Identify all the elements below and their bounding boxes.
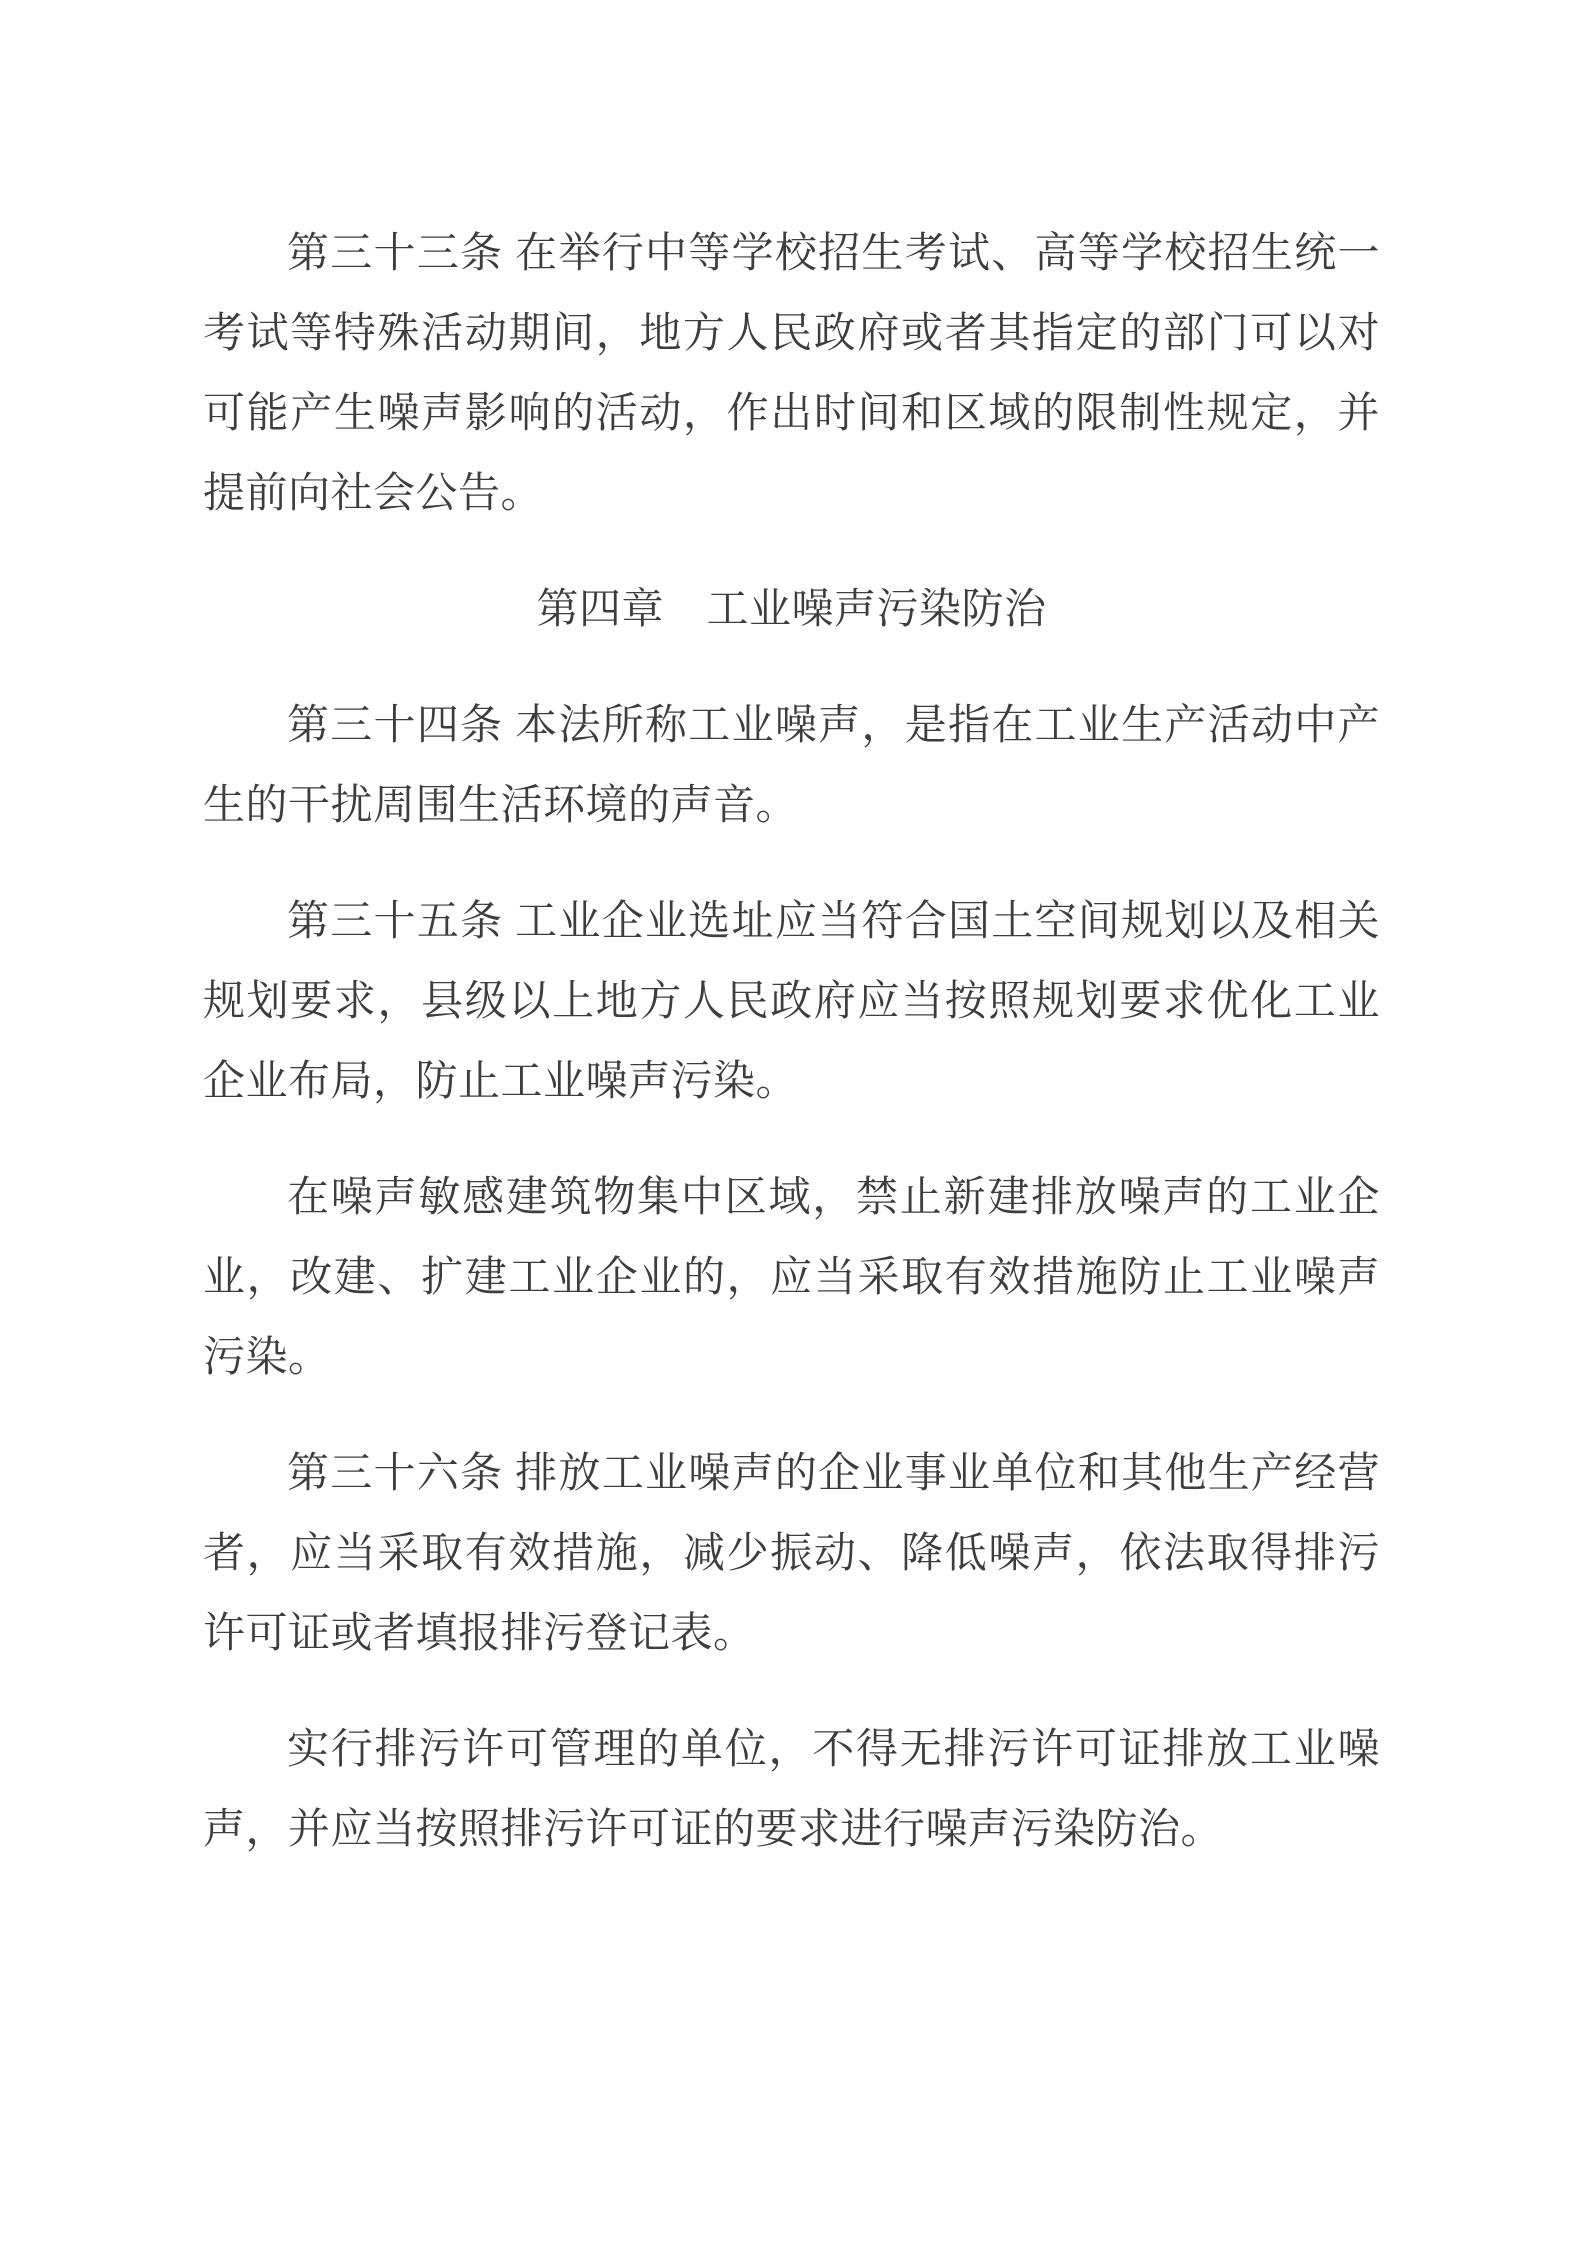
article-35-paragraph-1: 第三十五条 工业企业选址应当符合国土空间规划以及相关规划要求，县级以上地方人民政… <box>203 882 1380 1122</box>
article-35-paragraph-2: 在噪声敏感建筑物集中区域，禁止新建排放噪声的工业企业，改建、扩建工业企业的，应当… <box>203 1158 1380 1398</box>
article-34-paragraph: 第三十四条 本法所称工业噪声，是指在工业生产活动中产生的干扰周围生活环境的声音。 <box>203 686 1380 846</box>
article-36-paragraph-1: 第三十六条 排放工业噪声的企业事业单位和其他生产经营者，应当采取有效措施，减少振… <box>203 1434 1380 1674</box>
document-page: 第三十三条 在举行中等学校招生考试、高等学校招生统一考试等特殊活动期间，地方人民… <box>0 0 1587 2245</box>
chapter-4-heading: 第四章 工业噪声污染防治 <box>203 570 1380 650</box>
article-36-paragraph-2: 实行排污许可管理的单位，不得无排污许可证排放工业噪声，并应当按照排污许可证的要求… <box>203 1710 1380 1870</box>
article-33-paragraph: 第三十三条 在举行中等学校招生考试、高等学校招生统一考试等特殊活动期间，地方人民… <box>203 214 1380 534</box>
